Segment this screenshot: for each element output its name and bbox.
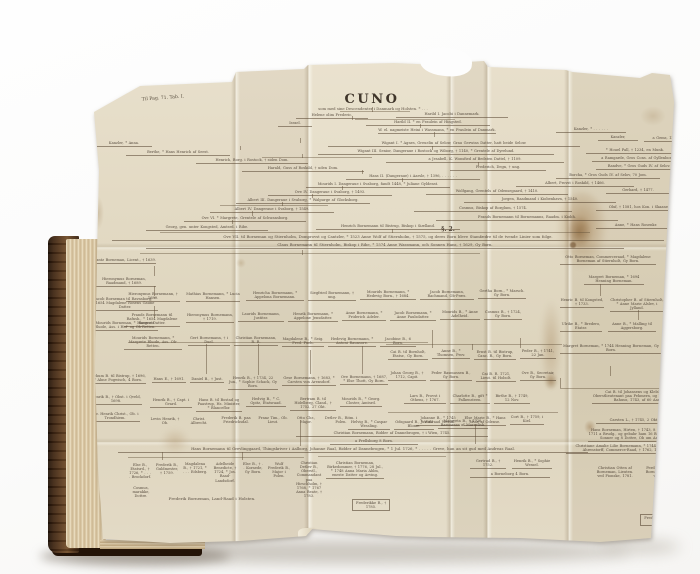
foldout-genealogical-plate: Til Pag. 71. Tab. I. CUNO som med sine D… (0, 0, 700, 574)
foldout-plate-wrap: Til Pag. 71. Tab. I. CUNO som med sine D… (0, 0, 700, 574)
photo-of-open-book-with-foldout-plate: Til Pag. 71. Tab. I. CUNO som med sine D… (0, 0, 700, 574)
plate-edge-shading (0, 0, 700, 574)
